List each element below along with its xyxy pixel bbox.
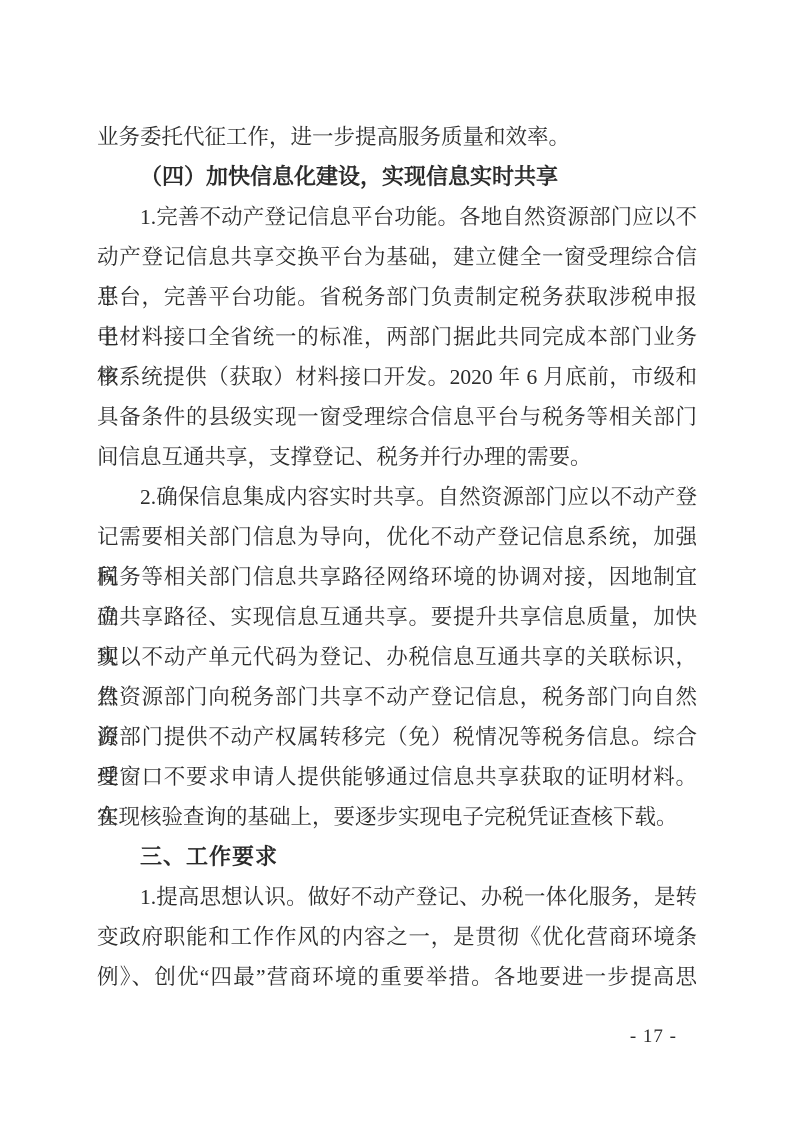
body-text-line: 立共享路径、实现信息互通共享。要提升共享信息质量，加快实 <box>97 597 697 637</box>
body-text-line: 2.确保信息集成内容实时共享。自然资源部门应以不动产登 <box>97 477 697 517</box>
section-heading: 三、工作要求 <box>97 837 697 877</box>
body-text-line: 平台，完善平台功能。省税务部门负责制定税务获取涉税申报电 <box>97 277 697 317</box>
body-text-line: 理窗口不要求申请人提供能够通过信息共享获取的证明材料。在 <box>97 757 697 797</box>
document-page: 业务委托代征工作，进一步提高服务质量和效率。（四）加快信息化建设，实现信息实时共… <box>0 0 793 1122</box>
body-text-line: 动产登记信息共享交换平台为基础，建立健全一窗受理综合信息 <box>97 237 697 277</box>
body-text-line: 1.提高思想认识。做好不动产登记、办税一体化服务，是转 <box>97 877 697 917</box>
body-text-line: 现以不动产单元代码为登记、办税信息互通共享的关联标识，自 <box>97 637 697 677</box>
body-text-line: 实现核验查询的基础上，要逐步实现电子完税凭证查核下载。 <box>97 797 697 837</box>
body-text-line: 间信息互通共享，支撑登记、税务并行办理的需要。 <box>97 437 697 477</box>
body-text-line: 具备条件的县级实现一窗受理综合信息平台与税务等相关部门 <box>97 397 697 437</box>
body-text-line: 源部门提供不动产权属转移完（免）税情况等税务信息。综合受 <box>97 717 697 757</box>
body-text-line: 1.完善不动产登记信息平台功能。各地自然资源部门应以不 <box>97 197 697 237</box>
body-text-line: 记需要相关部门信息为导向，优化不动产登记信息系统，加强同 <box>97 517 697 557</box>
page-number: - 17 - <box>630 1026 677 1048</box>
body-text-line: 核系统提供（获取）材料接口开发。2020 年 6 月底前，市级和 <box>97 357 697 397</box>
body-text-line: 然资源部门向税务部门共享不动产登记信息，税务部门向自然资 <box>97 677 697 717</box>
body-text-line: 税务等相关部门信息共享路径网络环境的协调对接，因地制宜确 <box>97 557 697 597</box>
body-text-line: 业务委托代征工作，进一步提高服务质量和效率。 <box>97 117 697 157</box>
body-text-line: 变政府职能和工作作风的内容之一，是贯彻《优化营商环境条 <box>97 917 697 957</box>
body-text-line: 例》、创优“四最”营商环境的重要举措。各地要进一步提高思 <box>97 957 697 997</box>
subsection-heading: （四）加快信息化建设，实现信息实时共享 <box>97 157 697 197</box>
body-text-line: 子材料接口全省统一的标准，两部门据此共同完成本部门业务审 <box>97 317 697 357</box>
document-text-block: 业务委托代征工作，进一步提高服务质量和效率。（四）加快信息化建设，实现信息实时共… <box>97 117 697 997</box>
